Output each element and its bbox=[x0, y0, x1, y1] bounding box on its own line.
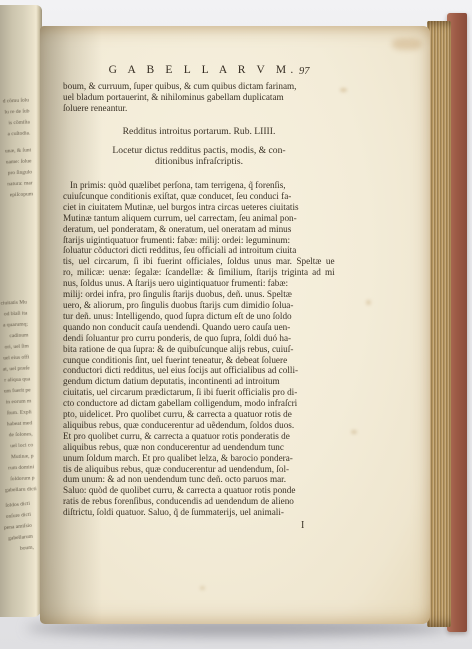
text-line: diſtrictu, ſoldi quatuor. Saluo, q̃ de ſ… bbox=[63, 507, 335, 518]
text-line: ſoluatur cõductori dicti redditus, ſeu o… bbox=[63, 245, 335, 256]
text-line: dum unum: & ad non uendendum tunc deñ. o… bbox=[63, 474, 335, 485]
text-line: quando non conducit cauſa uendendi. Quan… bbox=[63, 322, 335, 333]
facing-page-edge: d cõmu ſolulu re de ſubis cõmiſtaa cuſto… bbox=[0, 5, 42, 617]
text-line: ro, milicæ: uenæ: ſegalæ: ſcandellæ: & ſ… bbox=[63, 267, 335, 278]
body-paragraph: In primis: quòd quælibet perſona, tam te… bbox=[63, 180, 335, 518]
text-line: cuiuſcunque conditionis exiſtat, quæ con… bbox=[63, 191, 335, 202]
text-line: tis de aliquibus rebus, quæ conducerentu… bbox=[63, 464, 335, 475]
foxing-spot bbox=[340, 88, 347, 92]
text-line: pro ſingulo bbox=[2, 167, 32, 179]
page-number: 97 bbox=[299, 66, 310, 77]
text-line: nus, ſoldus unus. A ſtarijs uero uiginti… bbox=[63, 278, 335, 289]
text-line: ratis de rebus forenſibus, conducendis a… bbox=[63, 496, 335, 507]
foxing-spot bbox=[200, 586, 205, 590]
text-line: aliquibus rebus, quæ conducerentur ad uẽ… bbox=[63, 420, 335, 431]
text-line: aliquibus rebus, quæ non conducerentur a… bbox=[63, 442, 335, 453]
text-line: deratum, uel ponderatam, & oneratum, uel… bbox=[63, 224, 335, 235]
running-header: G A B E L L A R V M. bbox=[63, 64, 335, 76]
foxing-spot bbox=[366, 300, 371, 305]
text-line: boum, & curruum, ſuper quibus, & cum qui… bbox=[63, 81, 335, 92]
text-line: tis, uel circarum, ſi ibi fuerint offici… bbox=[63, 256, 335, 267]
signature-mark: I bbox=[301, 520, 304, 531]
text-line: ciet in ciuitatem Mutinæ, uel burgos int… bbox=[63, 202, 335, 213]
text-line: cunque conditionis ſint, uel fuerint ten… bbox=[63, 355, 335, 366]
foxing-spot bbox=[392, 38, 422, 50]
text-line: cto conductore ad dictam gabellam collig… bbox=[63, 398, 335, 409]
text-line: uero, & aliorum, pro ſingulis duobus ſta… bbox=[63, 300, 335, 311]
text-line: ditionibus infraſcriptis. bbox=[63, 156, 335, 167]
text-line: Mutinæ tantum aliquem currum, uel carrec… bbox=[63, 213, 335, 224]
text-line: ciuitatis, uel circarum prædictarum, ſi … bbox=[63, 387, 335, 398]
text-line: unum ſoldum march. Et pro qualibet lelza… bbox=[63, 453, 335, 464]
fore-edge-page-stack bbox=[427, 21, 451, 627]
facing-page-text-top: d cõmu ſolulu re de ſubis cõmiſtaa cuſto… bbox=[0, 95, 33, 201]
text-line: Locetur dictus redditus pactis, modis, &… bbox=[63, 145, 335, 156]
text-line: uame: ſolue bbox=[1, 156, 31, 168]
facing-page-text-middle: ciuitatis Muod blaſi itaa quarumq;cadinu… bbox=[0, 297, 35, 496]
text-line: bita ratione de qua ſupra: & de quibuſcu… bbox=[63, 344, 335, 355]
text-line: epiſcopum bbox=[3, 189, 33, 201]
book-page: G A B E L L A R V M. 97 boum, & curruum,… bbox=[40, 26, 430, 624]
foxing-spot bbox=[351, 430, 357, 434]
text-line: uel bladum portauerint, & nihilominus ga… bbox=[63, 92, 335, 103]
text-line: milij: ordei infra, pro ſingulis ſtarijs… bbox=[63, 289, 335, 300]
text-line: gabellaru dicti bbox=[5, 484, 35, 496]
text-line: conductori dicti redditus, uel eius ſoci… bbox=[63, 365, 335, 376]
text-line: Et pro quolibet curru, & carrecta a quat… bbox=[63, 431, 335, 442]
section-subheading: Locetur dictus redditus pactis, modis, &… bbox=[63, 145, 335, 167]
text-line: tur deñ. unus: Intelligendo, quod ſupra … bbox=[63, 311, 335, 322]
book-photo: d cõmu ſolulu re de ſubis cõmiſtaa cuſto… bbox=[0, 0, 472, 649]
intro-paragraph: boum, & curruum, ſuper quibus, & cum qui… bbox=[63, 81, 335, 103]
text-line: natura: mar bbox=[2, 178, 32, 190]
facing-page-text-bottom: ſoldos dictionſure dictipena amiſsiogabe… bbox=[0, 499, 34, 556]
text-line: pto, uidelicet. Pro quolibet curru, & ca… bbox=[63, 409, 335, 420]
text-line: ſtarijs uigintiquatuor frumenti: fabæ: m… bbox=[63, 235, 335, 246]
text-line: gendum dictum datium deputatis, incontin… bbox=[63, 376, 335, 387]
text-line: dendi ſoluantur pro curru ponderis, de q… bbox=[63, 333, 335, 344]
text-line: In primis: quòd quælibet perſona, tam te… bbox=[63, 180, 335, 191]
text-line: a cuſtodia. bbox=[0, 128, 30, 140]
text-line: unæ, & ſunt bbox=[1, 145, 31, 157]
intro-paragraph-last-line: ſoluere reneantur. bbox=[63, 103, 335, 114]
text-line: Saluo: quòd de quolibet curru, & carrect… bbox=[63, 485, 335, 496]
rubric-heading: Redditus introitus portarum. Rub. LIIII. bbox=[63, 126, 335, 137]
